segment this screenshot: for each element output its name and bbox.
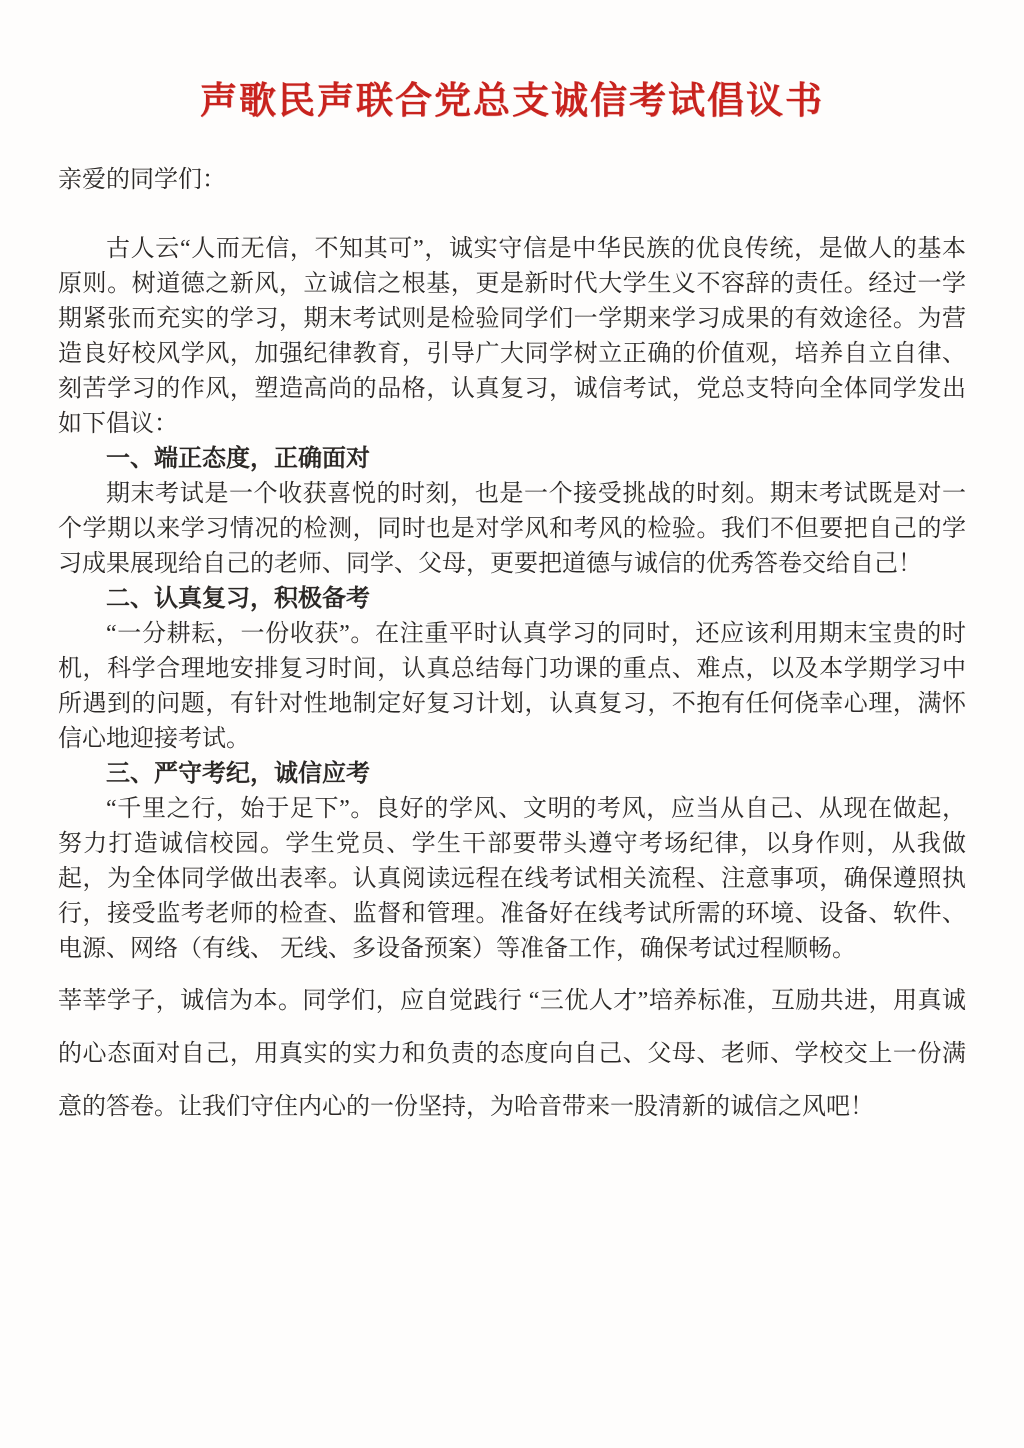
closing-paragraph: 莘莘学子，诚信为本。同学们，应自觉践行 “三优人才”培养标准，互励共进，用真诚的… <box>58 975 966 1134</box>
section-3-body: “千里之行，始于足下”。良好的学风、文明的考风，应当从自己、从现在做起，努力打造… <box>58 792 966 967</box>
section-3-heading: 三、严守考纪，诚信应考 <box>58 757 966 792</box>
section-1-body: 期末考试是一个收获喜悦的时刻，也是一个接受挑战的时刻。期末考试既是对一个学期以来… <box>58 477 966 582</box>
section-2-body: “一分耕耘，一份收获”。在注重平时认真学习的同时，还应该利用期末宝贵的时机，科学… <box>58 617 966 757</box>
section-2-heading: 二、认真复习，积极备考 <box>58 582 966 617</box>
page-title: 声歌民声联合党总支诚信考试倡议书 <box>58 70 966 124</box>
intro-paragraph: 古人云“人而无信，不知其可”，诚实守信是中华民族的优良传统，是做人的基本原则。树… <box>58 232 966 442</box>
document-page: 声歌民声联合党总支诚信考试倡议书 亲爱的同学们： 古人云“人而无信，不知其可”，… <box>0 0 1024 1448</box>
section-1-heading: 一、端正态度，正确面对 <box>58 442 966 477</box>
salutation: 亲爱的同学们： <box>58 162 966 198</box>
